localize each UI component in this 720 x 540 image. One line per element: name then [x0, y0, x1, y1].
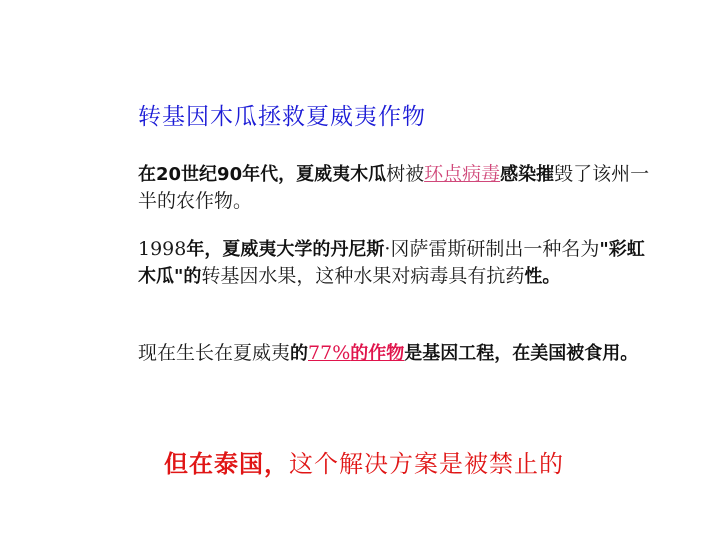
thailand-ban-banner: 但在泰国，这个解决方案是被禁止的	[164, 444, 564, 479]
text-bold: 性。	[524, 266, 560, 287]
paragraph-papaya-virus: 在20世纪90年代，夏威夷木瓜树被环点病毒感染摧毁了该州一半的农作物。	[138, 161, 658, 214]
banner-text: 这个解决方案是被禁止的	[289, 450, 564, 478]
slide: 转基因木瓜拯救夏威夷作物 在20世纪90年代，夏威夷木瓜树被环点病毒感染摧毁了该…	[0, 0, 720, 540]
text: 现在生长在夏威夷	[138, 342, 290, 364]
paragraph-gmo-share: 现在生长在夏威夷的77%的作物是基因工程，在美国被食用。	[138, 340, 658, 367]
link-label: 的作物	[350, 343, 404, 364]
text-bold: 在20世纪90年代，夏威夷木瓜	[138, 164, 386, 185]
paragraph-rainbow-papaya: 1998年，夏威夷大学的丹尼斯·冈萨雷斯研制出一种名为"彩虹木瓜"的转基因水果，…	[138, 236, 658, 290]
banner-bold: 但在泰国，	[164, 450, 289, 478]
text: 树被	[386, 163, 424, 185]
text: 转基因水果，这种水果对病毒具有抗药	[201, 265, 524, 287]
text-bold: 是基因工程，在美国被食用。	[404, 343, 638, 364]
link-77-percent-crops[interactable]: 77%的作物	[308, 342, 404, 364]
text: ·冈萨雷斯研制出一种名为	[384, 238, 599, 260]
link-number: 77%	[308, 342, 350, 364]
text-bold: 感染摧	[500, 164, 554, 185]
link-ringspot-virus[interactable]: 环点病毒	[424, 163, 500, 185]
text: 1998	[138, 238, 186, 260]
text-bold: 的	[290, 343, 308, 364]
text-bold: 年，夏威夷大学的丹尼斯	[186, 239, 384, 260]
slide-title: 转基因木瓜拯救夏威夷作物	[138, 98, 426, 131]
